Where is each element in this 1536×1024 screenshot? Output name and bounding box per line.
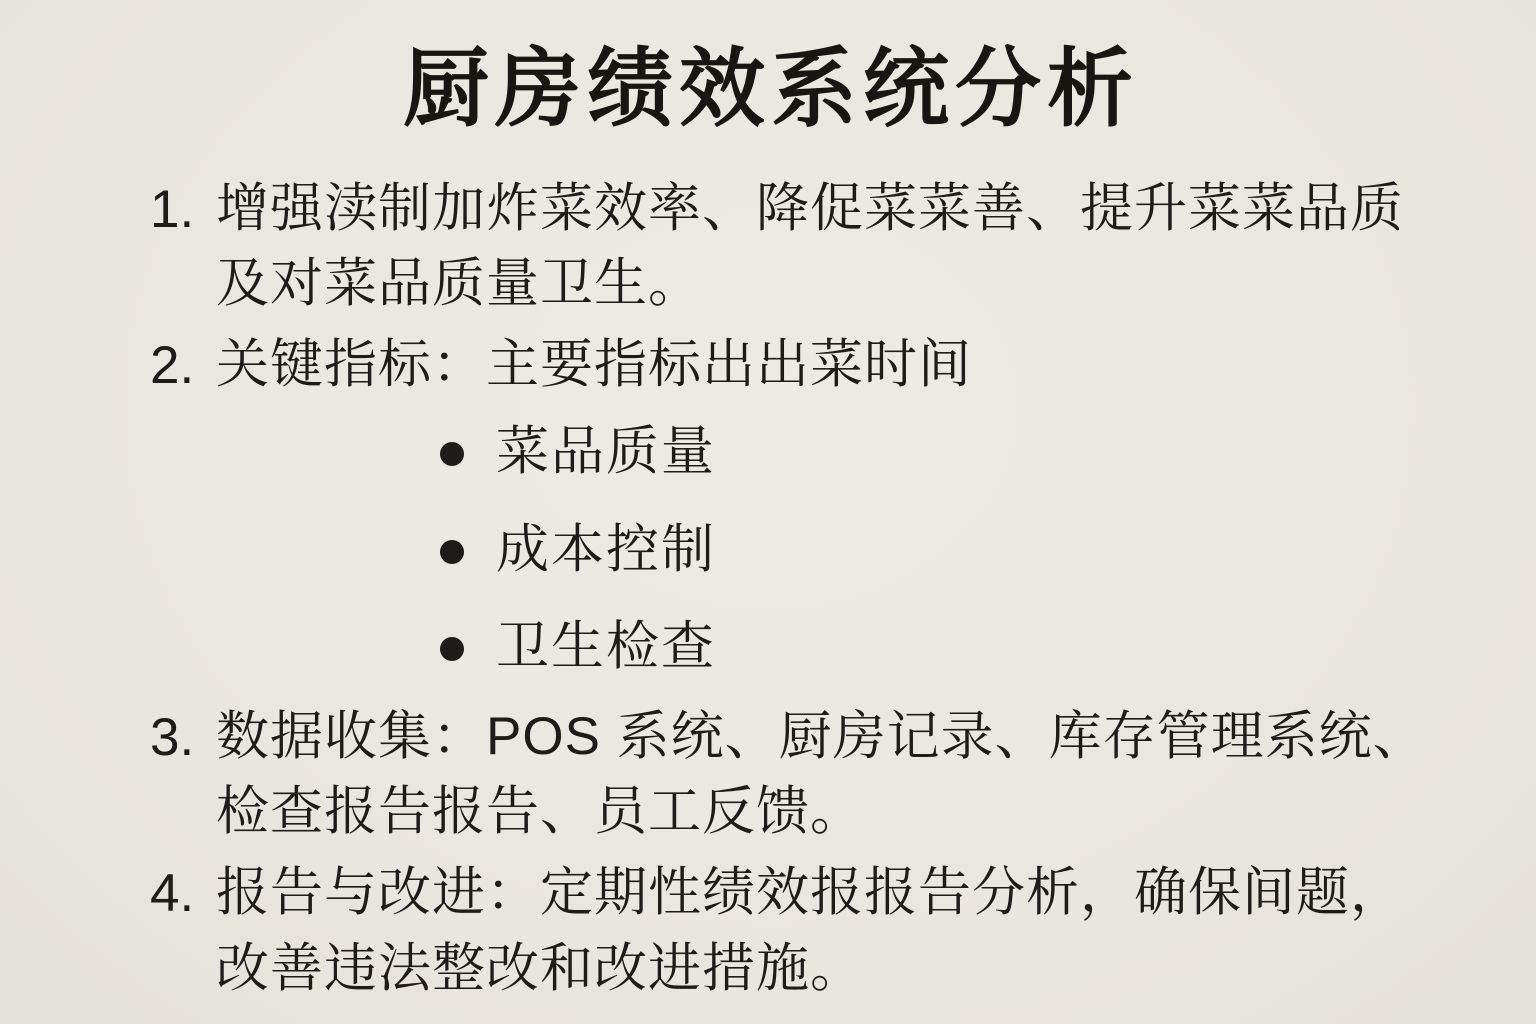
list-item-1: 1. 增强渎制加炸菜效率、降促菜菜善、提升菜菜品质及对菜品质量卫生。 bbox=[150, 171, 1432, 322]
list-item-text: 增强渎制加炸菜效率、降促菜菜善、提升菜菜品质及对菜品质量卫生。 bbox=[216, 171, 1432, 322]
list-item: 菜品质量 bbox=[440, 416, 1432, 488]
list-item-text: 关键指标：主要指标出出菜时间 bbox=[216, 335, 972, 394]
numbered-list: 1. 增强渎制加炸菜效率、降促菜菜善、提升菜菜品质及对菜品质量卫生。 2. 关键… bbox=[150, 171, 1432, 1006]
page-title: 厨房绩效系统分析 bbox=[150, 42, 1392, 137]
slide: 厨房绩效系统分析 1. 增强渎制加炸菜效率、降促菜菜善、提升菜菜品质及对菜品质量… bbox=[0, 0, 1536, 1024]
sub-bullet-text: 成本控制 bbox=[496, 514, 716, 586]
bullet-icon bbox=[440, 442, 464, 466]
sub-bullet-list: 菜品质量 成本控制 卫生检查 bbox=[440, 416, 1432, 683]
list-item-body: 关键指标：主要指标出出菜时间 菜品质量 成本控制 卫生检查 bbox=[216, 327, 1432, 693]
list-item-text: 数据收集：POS 系统、厨房记录、库存管理系统、检查报告报告、员工反馈。 bbox=[216, 699, 1432, 850]
bullet-icon bbox=[440, 540, 464, 564]
list-item-text: 报告与改进：定期性绩效报报告分析，确保间题，改善违法整改和改进措施。 bbox=[216, 855, 1432, 1006]
list-item-2: 2. 关键指标：主要指标出出菜时间 菜品质量 成本控制 卫生检查 bbox=[150, 327, 1432, 693]
list-item: 成本控制 bbox=[440, 514, 1432, 586]
list-item-number: 3. bbox=[150, 699, 206, 775]
sub-bullet-text: 卫生检查 bbox=[496, 611, 716, 683]
sub-bullet-text: 菜品质量 bbox=[496, 416, 716, 488]
list-item-number: 2. bbox=[150, 327, 206, 403]
bullet-icon bbox=[440, 637, 464, 661]
list-item: 卫生检查 bbox=[440, 611, 1432, 683]
list-item-number: 4. bbox=[150, 855, 206, 931]
list-item-4: 4. 报告与改进：定期性绩效报报告分析，确保间题，改善违法整改和改进措施。 bbox=[150, 855, 1432, 1006]
list-item-3: 3. 数据收集：POS 系统、厨房记录、库存管理系统、检查报告报告、员工反馈。 bbox=[150, 699, 1432, 850]
list-item-number: 1. bbox=[150, 171, 206, 247]
